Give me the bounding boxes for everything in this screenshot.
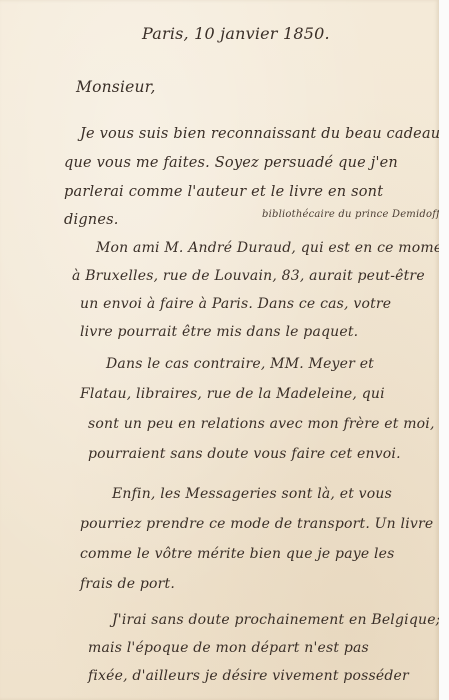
letter-line: livre pourrait être mis dans le paquet. — [80, 324, 358, 340]
letter-line: à Bruxelles, rue de Louvain, 83, aurait … — [72, 268, 425, 284]
dateline: Paris, 10 janvier 1850. — [142, 24, 330, 43]
letter-line: Dans le cas contraire, MM. Meyer et — [106, 356, 374, 372]
salutation: Monsieur, — [76, 78, 156, 96]
letter-line: fixée, d'ailleurs je désire vivement pos… — [88, 668, 409, 684]
letter-line: mais l'époque de mon départ n'est pas — [88, 640, 369, 656]
letter-line: dignes. — [64, 212, 119, 228]
letter-line: pourraient sans doute vous faire cet env… — [88, 446, 401, 462]
letter-page: Paris, 10 janvier 1850. Monsieur, Je vou… — [0, 0, 439, 700]
letter-line: frais de port. — [80, 576, 175, 592]
letter-line: parlerai comme l'auteur et le livre en s… — [64, 184, 383, 200]
letter-line: Je vous suis bien reconnaissant du beau … — [80, 126, 440, 142]
letter-line: pourriez prendre ce mode de transport. U… — [80, 516, 433, 532]
letter-line: Mon ami M. André Duraud, qui est en ce m… — [96, 240, 449, 256]
letter-line: que vous me faites. Soyez persuadé que j… — [64, 155, 398, 171]
letter-line: sont un peu en relations avec mon frère … — [88, 416, 435, 432]
interlinear-insertion: bibliothécaire du prince Demidoff, et — [262, 209, 449, 220]
page-edge — [439, 0, 449, 700]
letter-line: Flatau, libraires, rue de la Madeleine, … — [80, 386, 385, 402]
letter-line: comme le vôtre mérite bien que je paye l… — [80, 546, 395, 562]
letter-line: Enfin, les Messageries sont là, et vous — [112, 486, 392, 502]
letter-line: J'irai sans doute prochainement en Belgi… — [112, 612, 441, 628]
letter-line: un envoi à faire à Paris. Dans ce cas, v… — [80, 296, 391, 312]
